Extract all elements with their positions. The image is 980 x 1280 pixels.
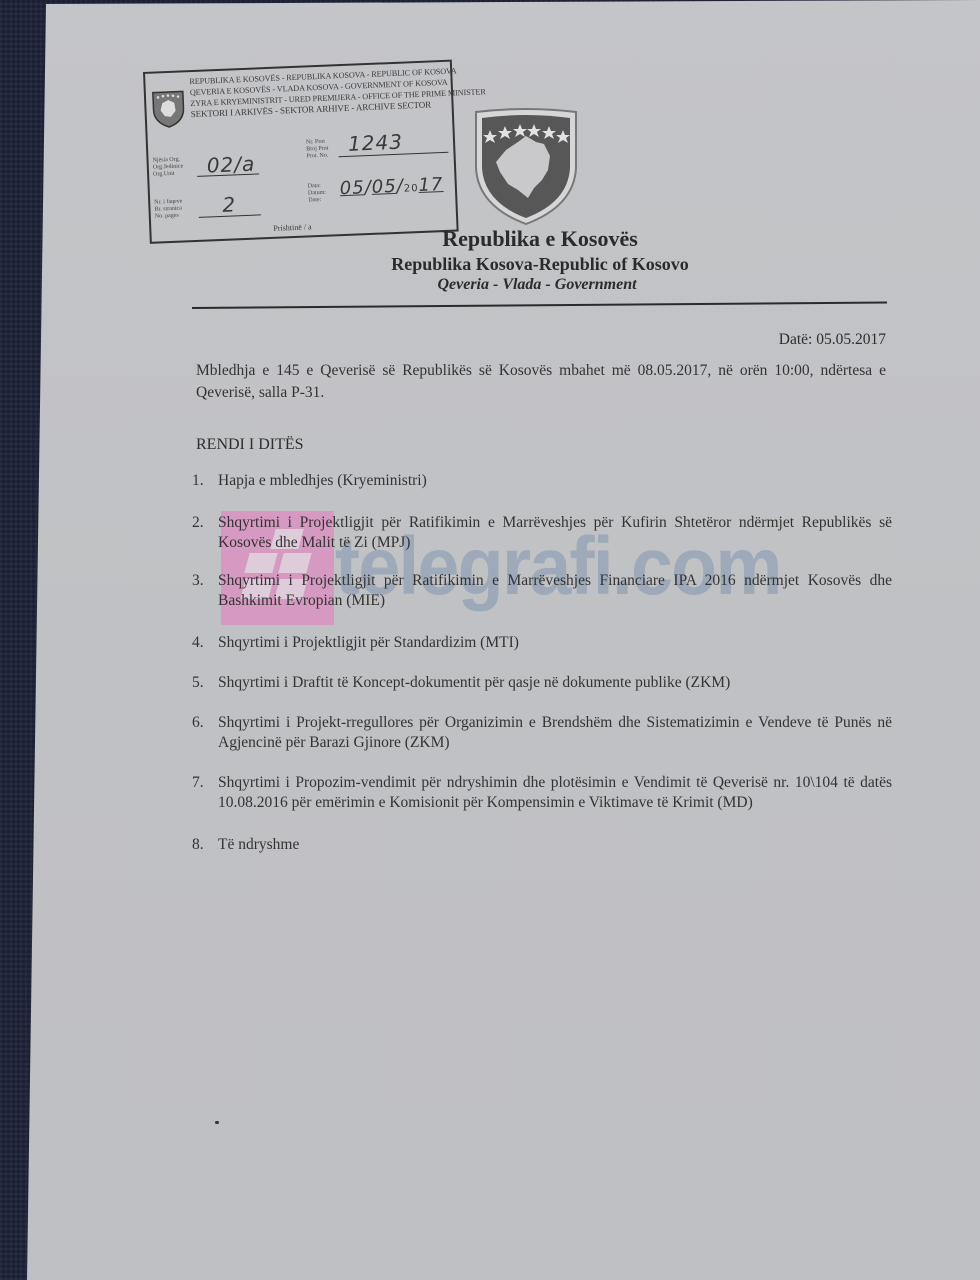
agenda-item: 1.Hapja e mbledhjes (Kryeministri) — [192, 471, 892, 491]
agenda-item: 5.Shqyrtimi i Draftit të Koncept-dokumen… — [192, 673, 892, 693]
archive-stamp: Republika e Kosovës - Republika Kosova -… — [143, 60, 459, 244]
prot-number: 1243 — [348, 130, 404, 156]
document-date: Datë: 05.05.2017 — [779, 331, 886, 349]
prot-label: Nr. ProtBroj ProtProt. No. — [306, 139, 329, 161]
agenda-list: 1.Hapja e mbledhjes (Kryeministri) 2.Shq… — [192, 471, 892, 855]
agenda-item: 7.Shqyrtimi i Propozim-vendimit për ndry… — [192, 773, 892, 813]
org-unit-label: Njësia Org.Org.JediniceOrg.Unit — [152, 156, 183, 178]
agenda-item: 4.Shqyrtimi i Projektligjit për Standard… — [192, 633, 892, 653]
agenda-heading: RENDI I DITËS — [196, 436, 304, 454]
agenda-item: 2.Shqyrtimi i Projektligjit për Ratifiki… — [192, 513, 892, 553]
letterhead-government: Qeveria - Vlada - Government — [327, 276, 747, 294]
header-divider — [192, 302, 887, 309]
date-label: Data:Datum:Date: — [308, 183, 327, 205]
pages-label: Nr. i faqeveBr. stranicaNo. pages — [154, 199, 183, 221]
kosovo-coat-of-arms-icon — [470, 106, 582, 228]
stamp-place: Prishtinë / a — [273, 222, 312, 233]
stamp-header: Republika e Kosovës - Republika Kosova -… — [189, 66, 450, 120]
meeting-intro: Mbledhja e 145 e Qeverisë së Republikës … — [196, 360, 886, 404]
kosovo-emblem-icon — [150, 88, 188, 129]
agenda-item: 6.Shqyrtimi i Projekt-rregullores për Or… — [192, 713, 892, 753]
document-page: Republika e Kosovës - Republika Kosova -… — [0, 0, 980, 1280]
agenda-item: 8.Të ndryshme — [192, 835, 892, 855]
letterhead-subtitle: Republika Kosova-Republic of Kosovo — [330, 254, 750, 275]
stamp-date: 05/05/2017 — [339, 174, 443, 199]
paper-speck — [215, 1121, 219, 1124]
org-unit-value: 02/a — [206, 152, 255, 178]
agenda-item: 3.Shqyrtimi i Projektligjit për Ratifiki… — [192, 571, 892, 611]
pages-value: 2 — [222, 192, 237, 217]
letterhead-title: Republika e Kosovës — [330, 226, 750, 252]
